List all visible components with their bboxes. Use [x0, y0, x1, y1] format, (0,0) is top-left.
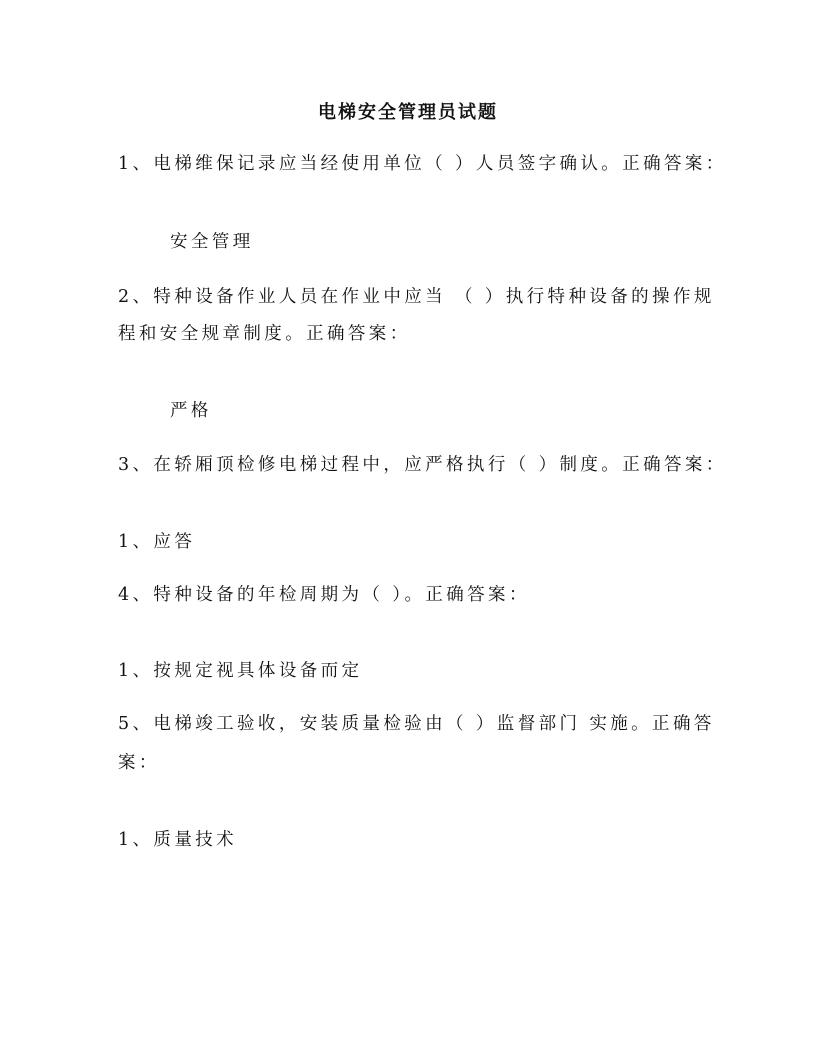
question-5-text: 5、电梯竣工验收，安装质量检验由（ ）监督部门 实施。正确答	[118, 710, 715, 735]
document-title: 电梯安全管理员试题	[0, 98, 816, 124]
question-1-answer: 安全管理	[170, 228, 254, 253]
question-4-answer: 1、按规定视具体设备而定	[118, 657, 362, 682]
document-page: 电梯安全管理员试题 1、电梯维保记录应当经使用单位（ ）人员签字确认。正确答案：…	[0, 0, 816, 1056]
question-1-text: 1、电梯维保记录应当经使用单位（ ）人员签字确认。正确答案：	[118, 150, 727, 175]
question-2-text: 2、特种设备作业人员在作业中应当 （ ）执行特种设备的操作规	[118, 283, 715, 308]
question-2-text-cont: 程和安全规章制度。正确答案：	[118, 320, 411, 345]
question-3-answer: 1、应答	[118, 528, 195, 553]
question-4-text: 4、特种设备的年检周期为（ ）。正确答案：	[118, 581, 530, 606]
question-2-answer: 严格	[170, 397, 212, 422]
question-5-answer: 1、质量技术	[118, 826, 237, 851]
question-3-text: 3、在轿厢顶检修电梯过程中，应严格执行（ ）制度。正确答案：	[118, 451, 727, 476]
question-5-text-cont: 案：	[118, 749, 160, 774]
